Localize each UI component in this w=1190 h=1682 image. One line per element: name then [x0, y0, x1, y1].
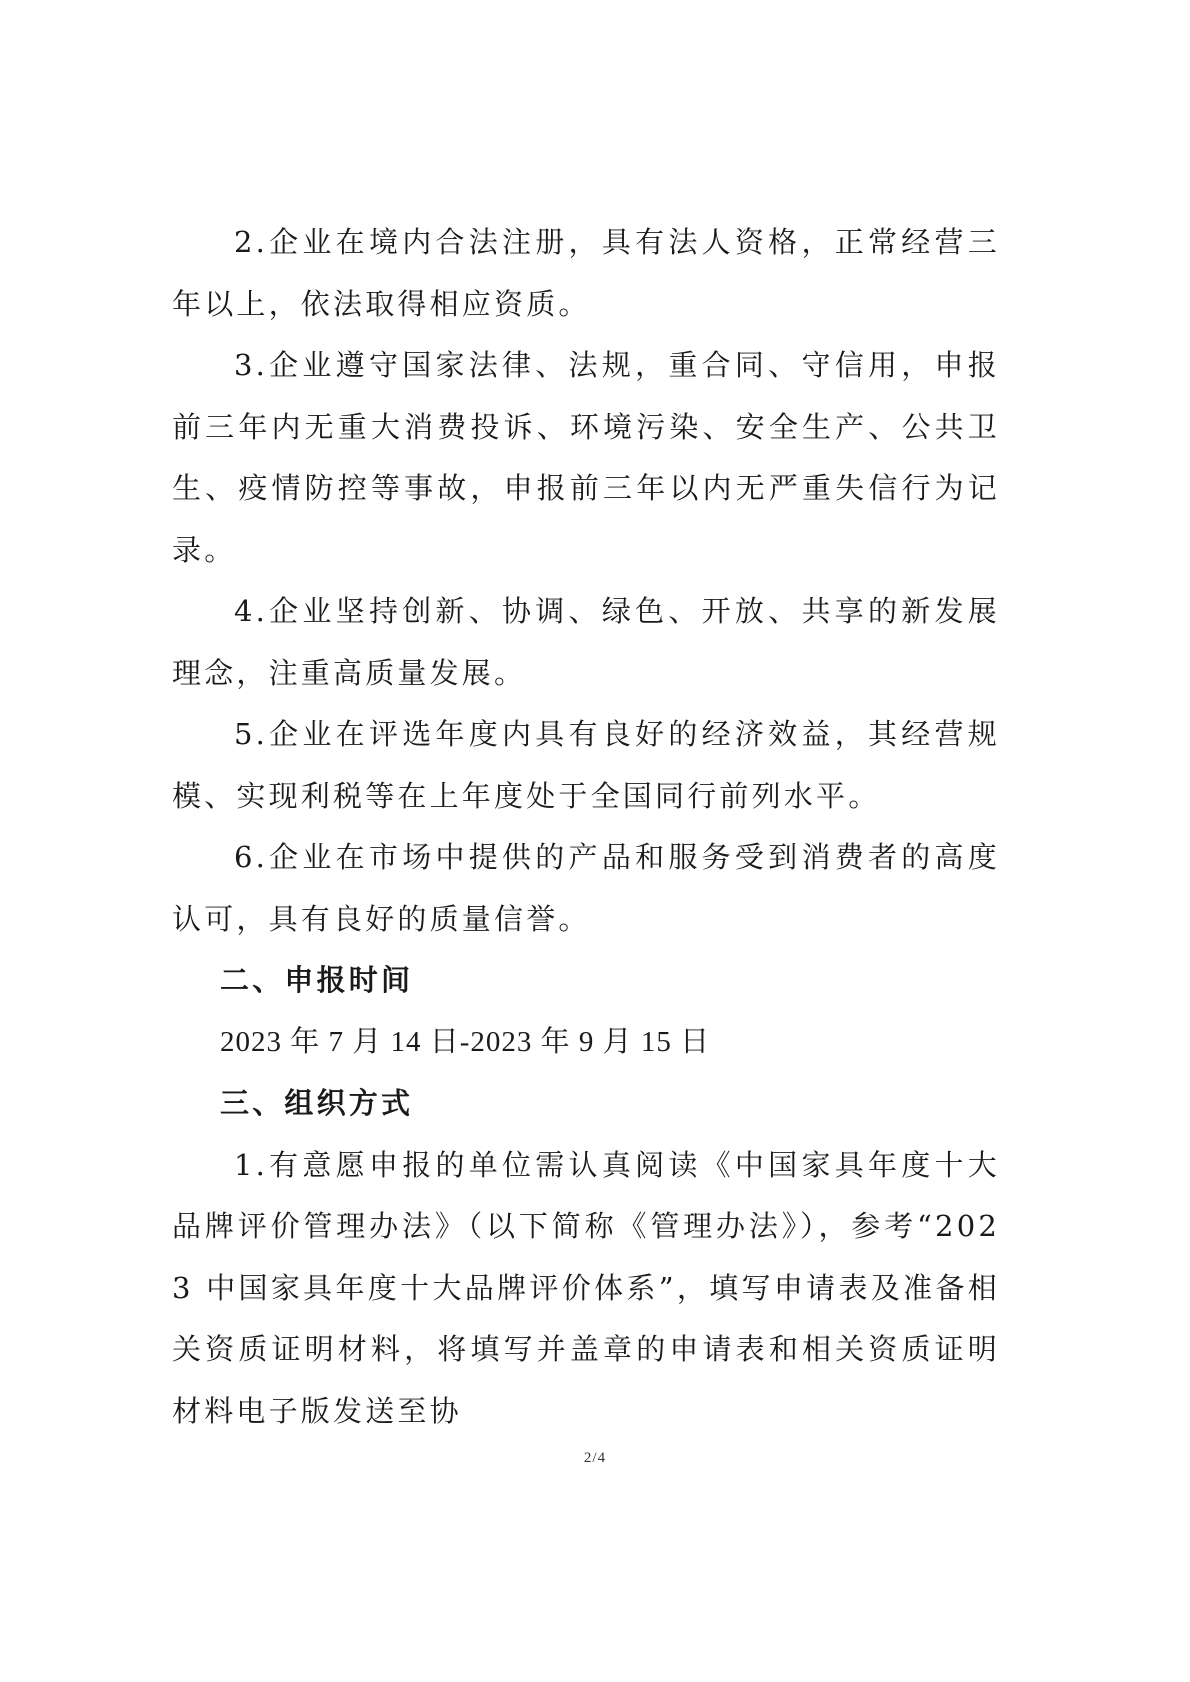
application-date-range: 2023 年 7 月 14 日-2023 年 9 月 15 日	[172, 1012, 1000, 1074]
organization-item-1: 1.有意愿申报的单位需认真阅读《中国家具年度十大品牌评价管理办法》（以下简称《管…	[172, 1135, 1000, 1443]
document-body: 2.企业在境内合法注册，具有法人资格，正常经营三年以上，依法取得相应资质。 3.…	[172, 212, 1000, 1442]
section-heading-organization: 三、组织方式	[172, 1073, 1000, 1135]
requirement-item-6: 6.企业在市场中提供的产品和服务受到消费者的高度认可，具有良好的质量信誉。	[172, 827, 1000, 950]
document-page: 2.企业在境内合法注册，具有法人资格，正常经营三年以上，依法取得相应资质。 3.…	[0, 0, 1190, 1682]
requirement-item-3: 3.企业遵守国家法律、法规，重合同、守信用，申报前三年内无重大消费投诉、环境污染…	[172, 335, 1000, 581]
page-number: 2/4	[0, 1450, 1190, 1467]
requirement-item-4: 4.企业坚持创新、协调、绿色、开放、共享的新发展理念，注重高质量发展。	[172, 581, 1000, 704]
section-heading-application-time: 二、申报时间	[172, 950, 1000, 1012]
requirement-item-2: 2.企业在境内合法注册，具有法人资格，正常经营三年以上，依法取得相应资质。	[172, 212, 1000, 335]
requirement-item-5: 5.企业在评选年度内具有良好的经济效益，其经营规模、实现利税等在上年度处于全国同…	[172, 704, 1000, 827]
